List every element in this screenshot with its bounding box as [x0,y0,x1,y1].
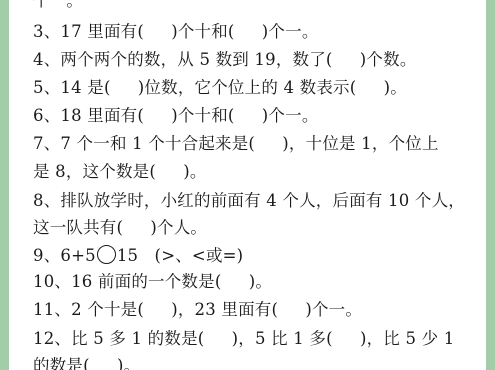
question-8: 8、排队放学时，小红的前面有 4 个人，后面有 10 个人， [33,191,465,211]
question-7: 7、7 个一和 1 个十合起来是( )，十位是 1，个位上 [33,134,439,154]
question-12: 12、比 5 多 1 的数是( )，5 比 1 多( )，比 5 少 1 [33,329,454,349]
question-9: 9、6+515 (>、<或=) [33,245,243,266]
page-border-right [486,0,495,370]
question-4: 4、两个两个的数，从 5 数到 19，数了( )个数。 [33,50,417,70]
question-3: 3、17 里面有( )个十和( )个一。 [33,22,319,42]
page-border-left [0,0,9,370]
comparison-circle-blank[interactable] [97,245,116,264]
question-6: 6、18 里面有( )个十和( )个一。 [33,106,319,126]
question-7-continuation: 是 8，这个数是( )。 [33,162,207,182]
question-9-instruction: 15 (>、<或=) [117,246,243,265]
worksheet-page: 个一。 3、17 里面有( )个十和( )个一。 4、两个两个的数，从 5 数到… [9,0,486,370]
question-8-continuation: 这一队共有( )个人。 [33,218,207,238]
question-5: 5、14 是( )位数，它个位上的 4 数表示( )。 [33,78,407,98]
question-12-continuation: 的数是( )。 [33,356,140,370]
question-9-expression: 9、6+5 [33,246,96,265]
question-10: 10、16 前面的一个数是( )。 [33,272,272,292]
question-11: 11、2 个十是( )，23 里面有( )个一。 [33,300,362,320]
question-2-continuation: 个一。 [33,0,83,11]
